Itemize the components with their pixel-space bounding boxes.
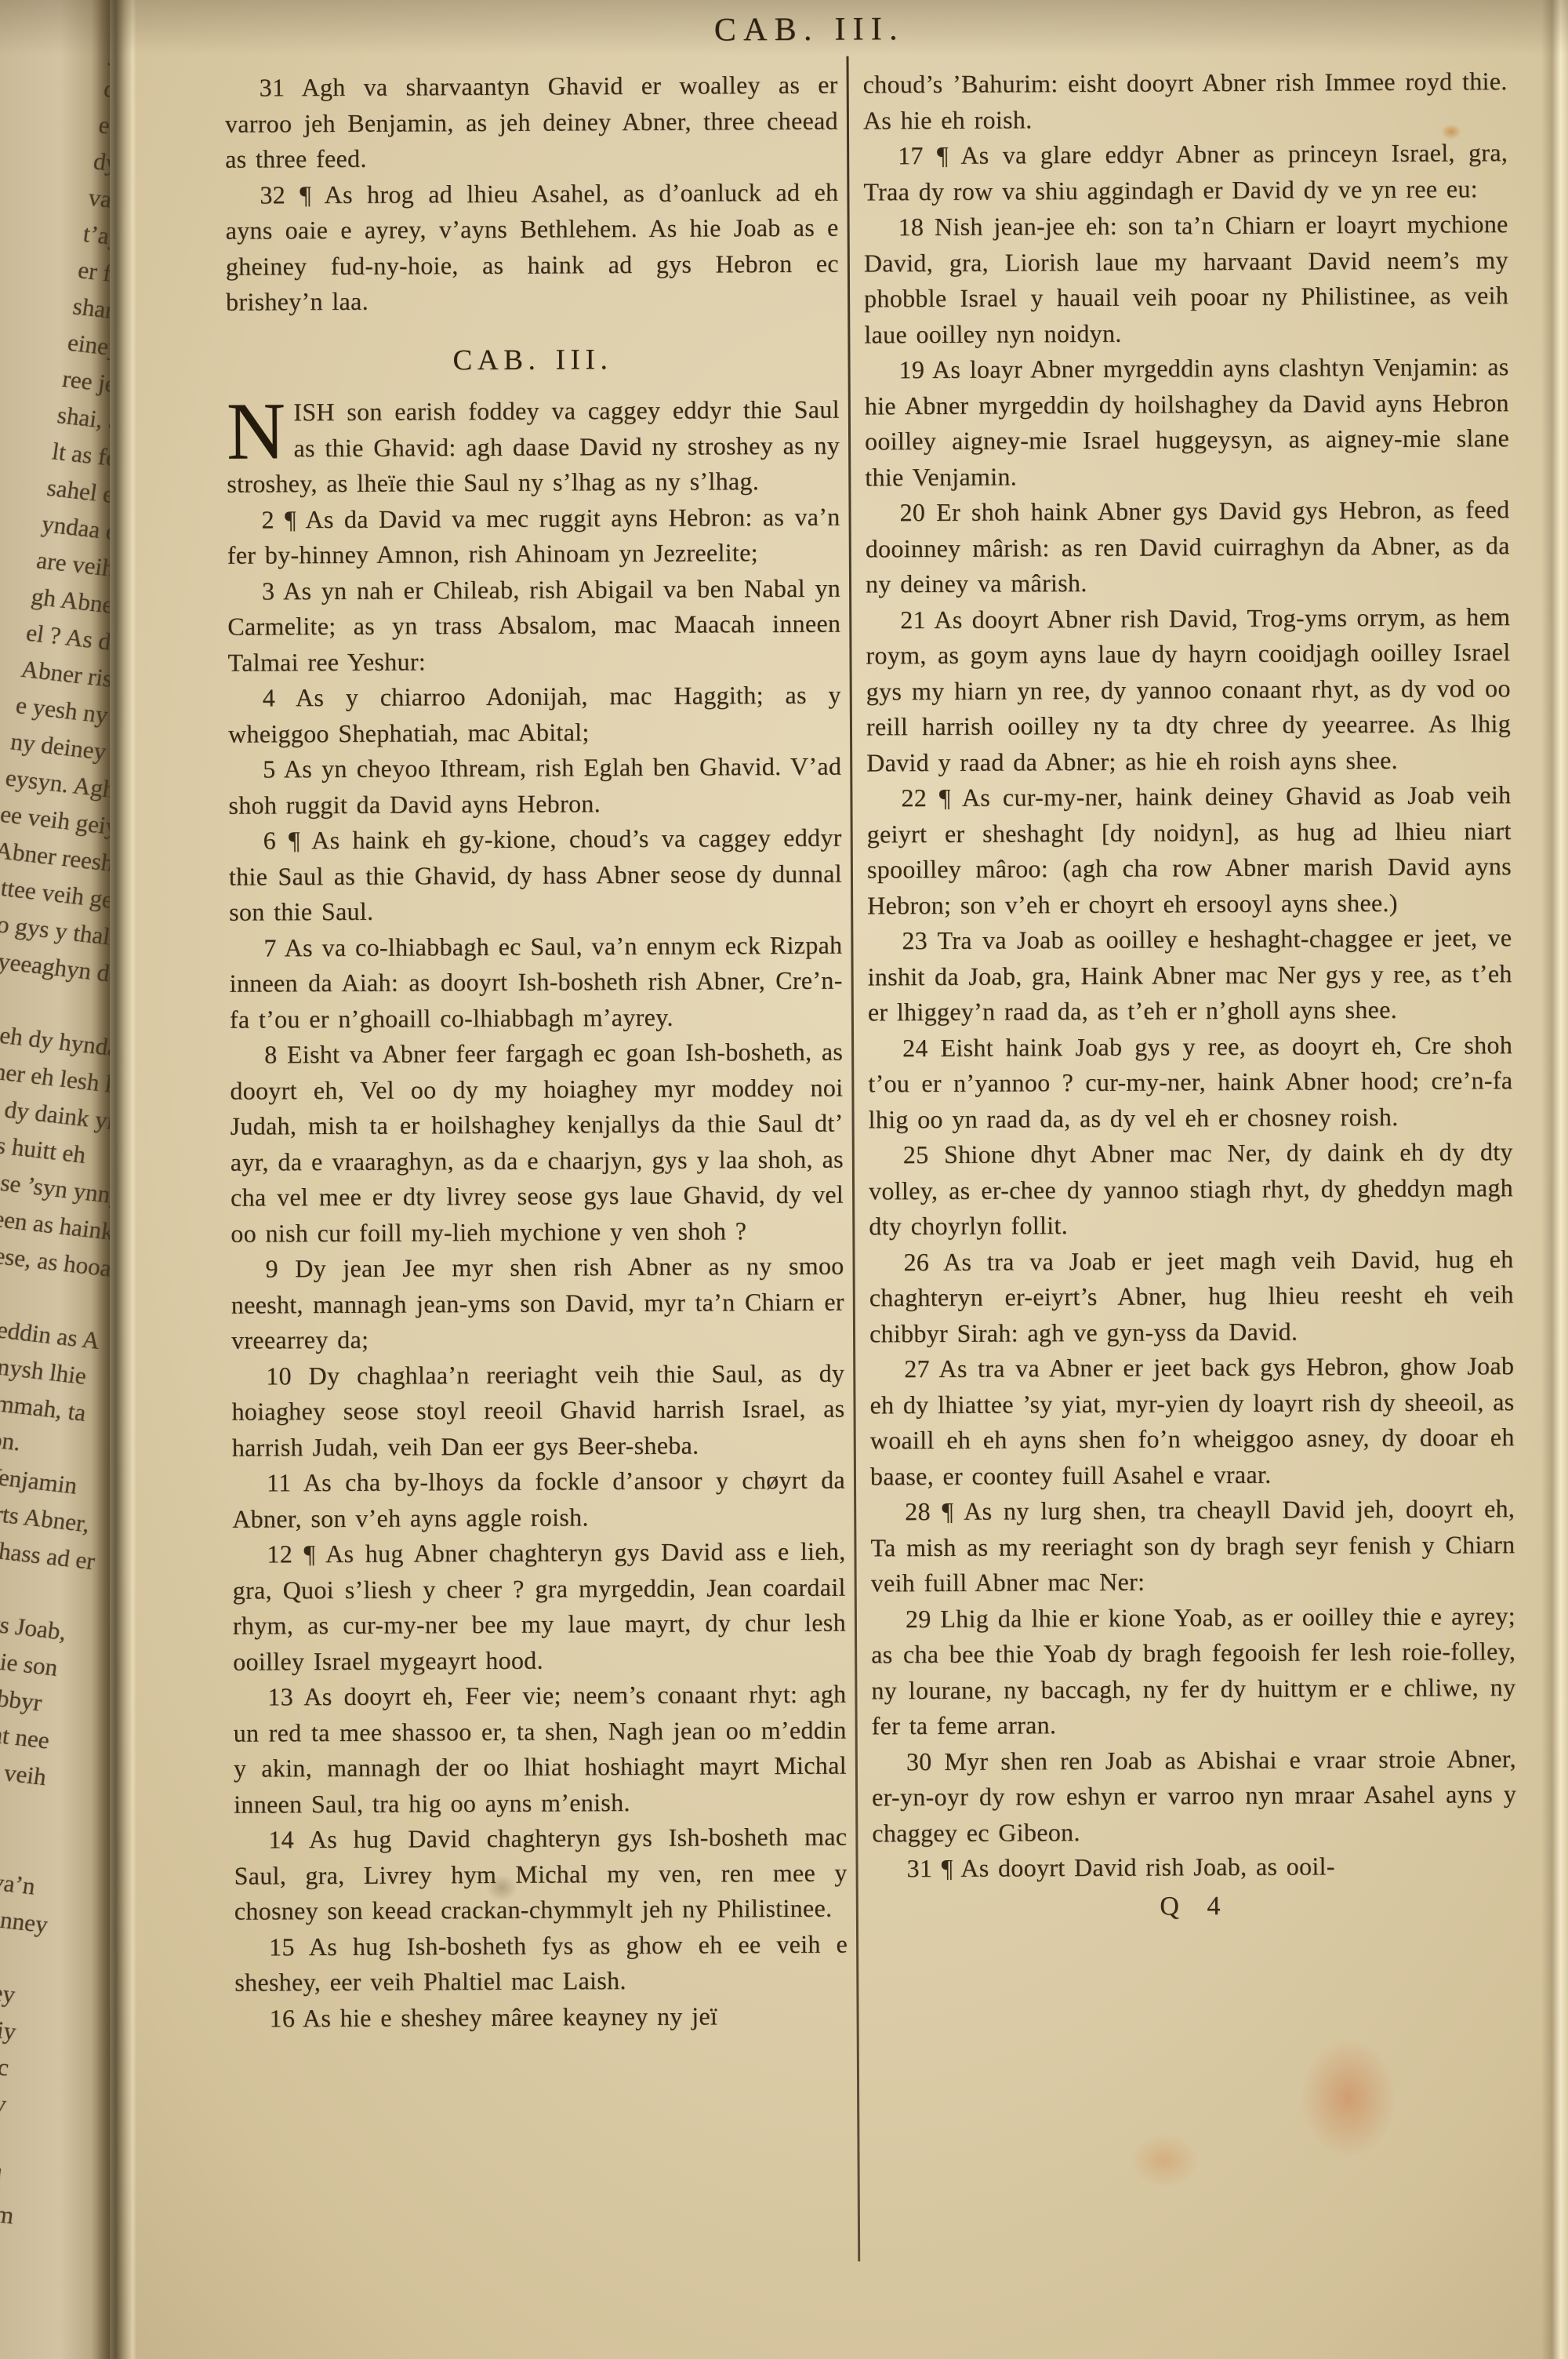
- verse-paragraph: 14 As hug David chaghteryn gys Ish-boshe…: [234, 1819, 848, 1930]
- verse-paragraph: 27 As tra va Abner er jeet back gys Hebr…: [869, 1348, 1515, 1494]
- left-column: 31 Agh va sharvaantyn Ghavid er woalley …: [225, 67, 850, 2329]
- verse-paragraph: 3 As yn nah er Chileab, rish Abigail va …: [227, 570, 841, 681]
- page-content: CAB. III. 31 Agh va sharvaantyn Ghavid e…: [0, 0, 1568, 2359]
- left-column-verses: 2 ¶ As da David va mec ruggit ayns Hebro…: [227, 499, 848, 2037]
- verse-paragraph: 31 Agh va sharvaantyn Ghavid er woalley …: [225, 67, 839, 178]
- verse-paragraph: 20 Er shoh haink Abner gys David gys Heb…: [865, 492, 1510, 602]
- right-column-verses: 17 ¶ As va glare eddyr Abner as princeyn…: [863, 135, 1517, 1887]
- verse-paragraph: 6 ¶ As haink eh gy-kione, choud’s va cag…: [229, 820, 843, 931]
- verse-paragraph: 16 As hie e sheshey mâree keayney ny jeï: [234, 1997, 848, 2037]
- verse-paragraph: 32 ¶ As hrog ad lhieu Asahel, as d’oanlu…: [225, 174, 839, 320]
- drop-cap-initial: N: [227, 394, 294, 463]
- verse-paragraph: 4 As y chiarroo Adonijah, mac Haggith; a…: [228, 678, 841, 752]
- verse-paragraph: NISH son earish foddey va caggey eddyr t…: [227, 392, 840, 503]
- verse-paragraph: 21 As dooyrt Abner rish David, Trog-yms …: [866, 599, 1511, 781]
- running-head: CAB. III.: [550, 9, 1068, 49]
- verse-paragraph: 19 As loayr Abner myrgeddin ayns clashty…: [864, 349, 1509, 495]
- verse-text: ISH son earish foddey va caggey eddyr th…: [227, 395, 840, 498]
- verse-paragraph: 22 ¶ As cur-my-ner, haink deiney Ghavid …: [866, 777, 1512, 923]
- book-page-photo: er cheu Ish-boyeig jeh deiney Ghd dagh f…: [0, 0, 1568, 2359]
- signature-mark: Q 4: [873, 1887, 1517, 1926]
- verse-paragraph: 30 Myr shen ren Joab as Abishai e vraar …: [872, 1741, 1517, 1852]
- verse-paragraph: 29 Lhig da lhie er kione Yoab, as er ooi…: [871, 1598, 1516, 1744]
- right-column: choud’s ’Bahurim: eisht dooyrt Abner ris…: [863, 64, 1519, 2341]
- verse-paragraph: 9 Dy jean Jee myr shen rish Abner as ny …: [230, 1249, 844, 1359]
- verse-paragraph: 31 ¶ As dooyrt David rish Joab, as ooil-: [872, 1848, 1516, 1887]
- verse-paragraph: 23 Tra va Joab as ooilley e heshaght-cha…: [867, 920, 1512, 1030]
- verse-paragraph: 5 As yn cheyoo Ithream, rish Eglah ben G…: [228, 749, 841, 823]
- verse-paragraph: 15 As hug Ish-bosheth fys as ghow eh ee …: [234, 1926, 848, 2001]
- verse-paragraph: 28 ¶ As ny lurg shen, tra cheayll David …: [870, 1491, 1515, 1601]
- verse-paragraph: 26 As tra va Joab er jeet magh veih Davi…: [869, 1241, 1514, 1352]
- verse-paragraph: 18 Nish jean-jee eh: son ta’n Chiarn er …: [864, 206, 1509, 352]
- verse-paragraph: 7 As va co-lhiabbagh ec Saul, va’n ennym…: [229, 927, 843, 1038]
- verse-paragraph: 12 ¶ As hug Abner chaghteryn gys David a…: [232, 1534, 846, 1680]
- verse-paragraph: 25 Shione dhyt Abner mac Ner, dy daink e…: [869, 1134, 1514, 1245]
- verse-paragraph: choud’s ’Bahurim: eisht dooyrt Abner ris…: [863, 64, 1508, 138]
- verses-before-heading: 31 Agh va sharvaantyn Ghavid er woalley …: [225, 67, 840, 321]
- verse-paragraph: 8 Eisht va Abner feer fargagh ec goan Is…: [230, 1034, 844, 1252]
- verse-paragraph: 10 Dy chaghlaa’n reeriaght veih thie Sau…: [231, 1355, 845, 1466]
- verse-paragraph: 2 ¶ As da David va mec ruggit ayns Hebro…: [227, 499, 840, 573]
- verse-paragraph: 17 ¶ As va glare eddyr Abner as princeyn…: [863, 135, 1508, 209]
- verse-paragraph: 11 As cha by-lhoys da fockle d’ansoor y …: [232, 1463, 845, 1537]
- verse-paragraph: 24 Eisht haink Joab gys y ree, as dooyrt…: [868, 1027, 1513, 1138]
- verse-paragraph: 13 As dooyrt eh, Feer vie; neem’s conaan…: [233, 1677, 847, 1823]
- column-rule: [847, 56, 861, 2262]
- chapter-heading: CAB. III.: [226, 340, 839, 380]
